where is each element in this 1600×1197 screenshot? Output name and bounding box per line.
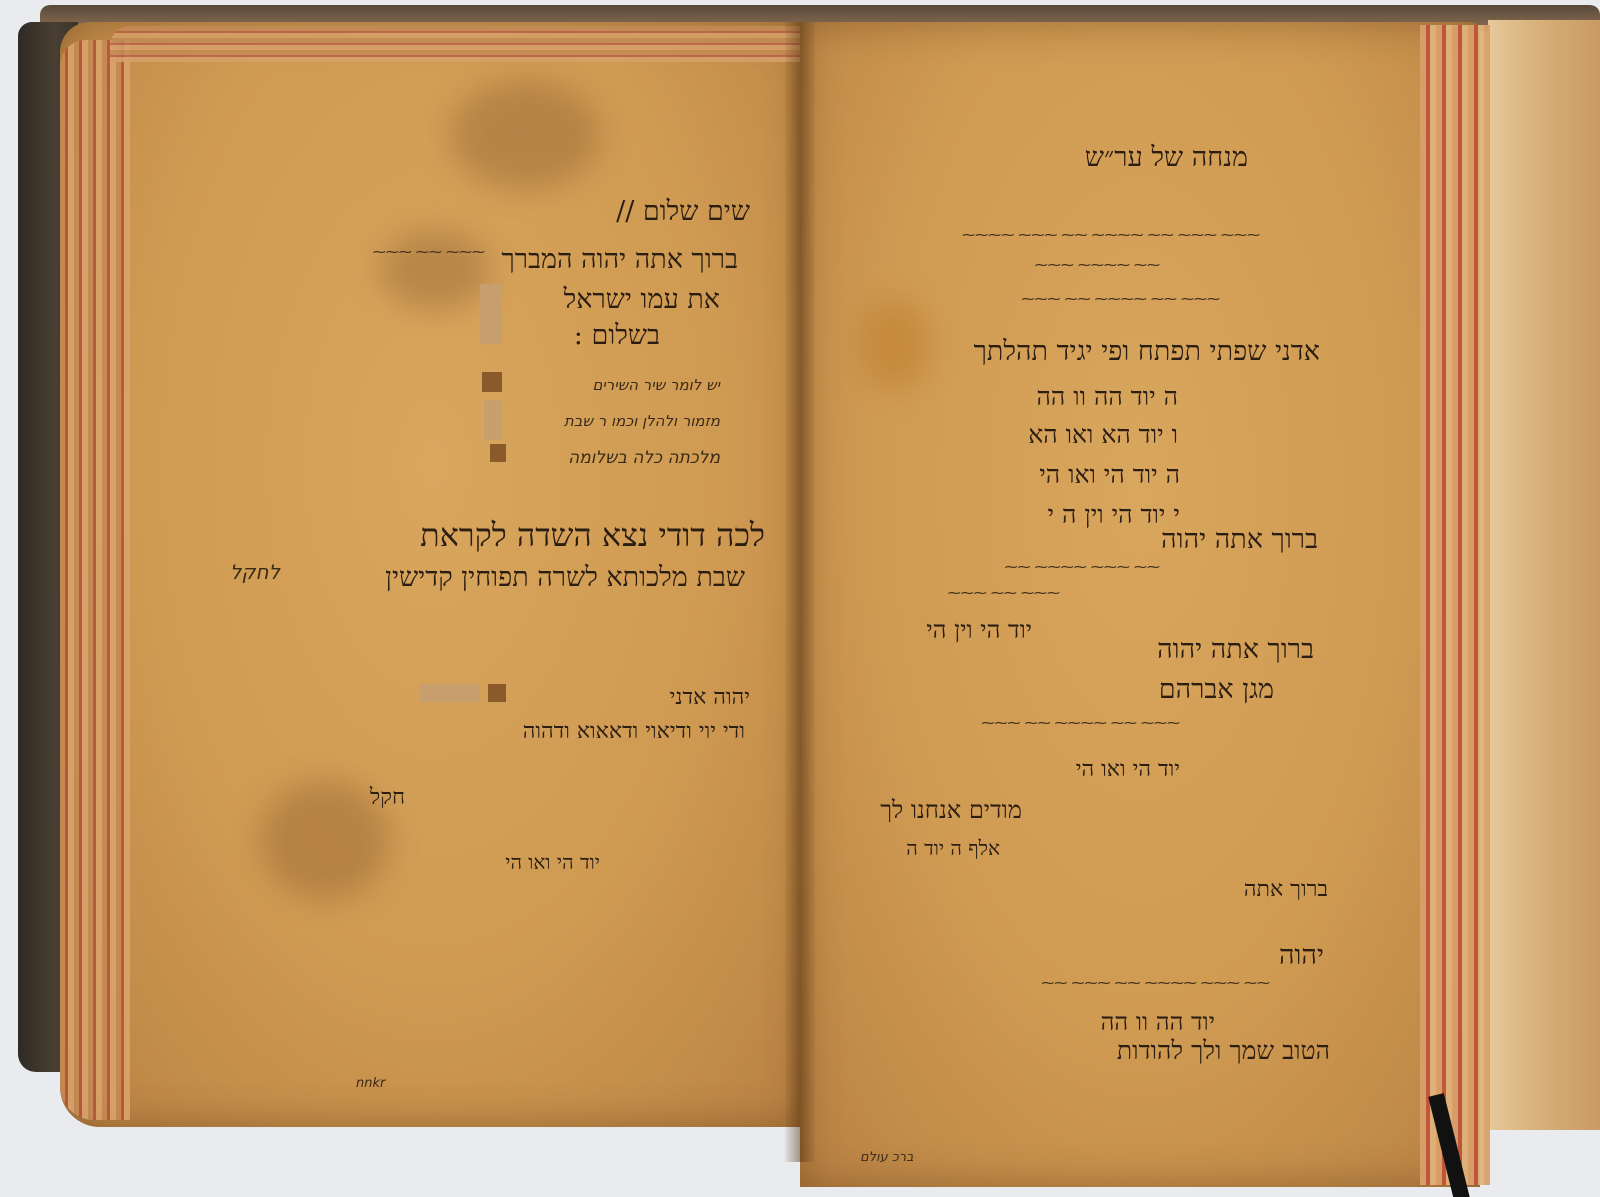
cover-board-right [1488, 20, 1600, 1130]
blessing-line: את עמו ישראל [564, 284, 720, 315]
divine-name-line: יוד הי ואו הי [1076, 756, 1180, 782]
margin-note: לחקל [230, 560, 280, 584]
blessing-line: מודים אנחנו לך [880, 796, 1022, 825]
stain [450, 80, 600, 190]
blessing-line: ברוך אתה יהוה [1157, 634, 1314, 665]
blessing-line: יהוה [1279, 940, 1324, 971]
blessing-line: מגן אברהם [1159, 674, 1274, 705]
divine-name-line: ה יוד הי ואו הי [1039, 460, 1180, 490]
piyyut-line: לכה דודי נצא השדה לקראת [420, 516, 765, 554]
stain [860, 300, 930, 390]
commentary-line: ⁓⁓ ⁓⁓⁓⁓ ⁓⁓⁓ [1035, 258, 1160, 273]
body-square-line: ודי יוי ודיאוי ודאאוא ודהוה [523, 718, 745, 744]
divine-name-line: אלף ה יוד ה [906, 836, 1000, 861]
commentary-line: ⁓⁓⁓ ⁓⁓ ⁓⁓⁓⁓ ⁓⁓ ⁓⁓⁓ [1021, 292, 1220, 307]
left-heading: שים שלום // [616, 196, 750, 227]
commentary-line: ⁓⁓⁓ ⁓⁓⁓ ⁓⁓ ⁓⁓⁓⁓ ⁓⁓ ⁓⁓⁓ ⁓⁓⁓⁓ [962, 228, 1260, 243]
bottom-margin-note: ברכ עולם [860, 1150, 914, 1165]
folio-mark: nnkr [356, 1076, 385, 1091]
page-header: מנחה של ער״ש [1085, 142, 1248, 173]
body-square-line: יהוה אדני [670, 684, 750, 710]
commentary-line: ⁓⁓⁓ ⁓⁓ ⁓⁓⁓ [373, 245, 485, 260]
page-edges-top [110, 26, 800, 62]
book-gutter [785, 22, 815, 1162]
blessing-line: ברוך אתה יהוה המברך [501, 244, 738, 275]
verse-line: יש לומר שיר השירים [592, 376, 720, 394]
verse-line: אדני שפתי תפתח ופי יגיד תהלתך [974, 336, 1320, 367]
commentary-line: ⁓⁓⁓ ⁓⁓ ⁓⁓⁓⁓ ⁓⁓ ⁓⁓⁓ [981, 716, 1180, 731]
redaction-block [482, 372, 502, 392]
redaction-block [484, 400, 502, 440]
divine-name-line: י יוד הי וין ה י [1048, 500, 1180, 530]
redaction-block [488, 684, 506, 702]
open-manuscript: שים שלום // ברוך אתה יהוה המברך את עמו י… [0, 0, 1600, 1197]
body-square-line: חקל [370, 784, 405, 810]
page-edges-right [1420, 25, 1490, 1185]
verse-line: מלכתה כלה בשלומה [568, 448, 720, 468]
redaction-block [490, 444, 506, 462]
blessing-line: ברוך אתה [1244, 876, 1328, 902]
divine-name-line: יוד הי וין הי [926, 616, 1032, 645]
commentary-line: ⁓⁓ ⁓⁓⁓ ⁓⁓⁓⁓ ⁓⁓ ⁓⁓⁓ ⁓⁓ [1041, 976, 1270, 991]
commentary-line: ⁓⁓⁓ ⁓⁓ ⁓⁓⁓ [948, 586, 1060, 601]
divine-name-line: ה יוד הה וו הה [1037, 382, 1178, 412]
piyyut-line: שבת מלכותא לשרה תפוחין קדישין [385, 562, 745, 593]
commentary-line: ⁓⁓ ⁓⁓⁓ ⁓⁓⁓⁓ ⁓⁓ [1005, 560, 1160, 575]
divine-name-line: יוד הה וו הה [1101, 1008, 1215, 1037]
blessing-line: הטוב שמך ולך להודות [1117, 1036, 1330, 1066]
redaction-block [420, 684, 480, 702]
divine-name-line: ו יוד הא ואו הא [1028, 420, 1178, 450]
blessing-line: ברוך אתה יהוה [1161, 524, 1318, 555]
blessing-line: בשלום : [574, 320, 660, 351]
page-edges-left [60, 40, 130, 1120]
body-square-line: יוד הי ואו הי [505, 850, 600, 875]
stain [380, 230, 490, 310]
verse-line: מזמור ולהלן וכמו ר שבת [564, 412, 720, 430]
redaction-block [480, 284, 502, 344]
